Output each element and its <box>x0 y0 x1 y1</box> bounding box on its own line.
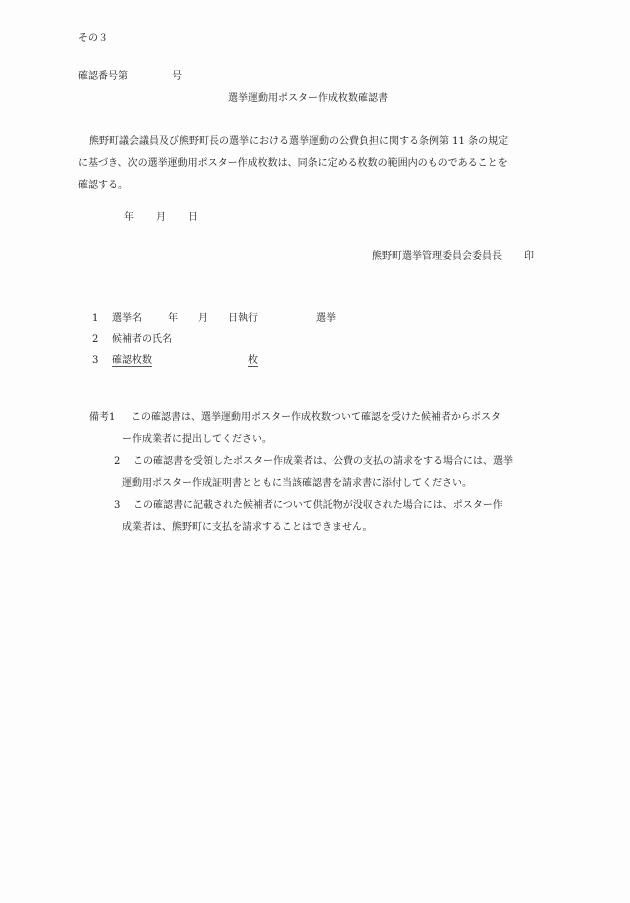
remarks-label: 備考 <box>89 412 109 423</box>
date-month: 月 <box>156 212 166 223</box>
date-day: 日 <box>188 212 198 223</box>
remark-2: 2この確認書を受領したポスター作成業者は、公費の支払の請求をする場合には、選挙 <box>89 457 513 479</box>
confirmation-number-prefix: 確認番号第 <box>78 71 128 82</box>
remark-3-cont: 成業者は、熊野町に支払を請求することはできません。 <box>89 523 513 545</box>
item-election-name: 1選挙名年月日執行選挙 <box>92 314 336 335</box>
body-line: 確認する。 <box>78 175 552 197</box>
body-line: に基づき、次の選挙運動用ポスター作成枚数は、同条に定める枚数の範囲内のものである… <box>78 153 552 175</box>
election-year: 年 <box>168 313 178 324</box>
remark-number: 1 <box>109 413 131 423</box>
remark-number: 3 <box>114 501 124 511</box>
document-title: 選挙運動用ポスター作成枚数確認書 <box>228 94 388 104</box>
remark-1: 備考1この確認書は、選挙運動用ポスター作成枚数ついて確認を受けた候補者からポスタ <box>89 413 513 435</box>
election-month: 月 <box>198 313 208 324</box>
remark-number: 2 <box>114 457 124 467</box>
remark-text: この確認書を受領したポスター作成業者は、公費の支払の請求をする場合には、選挙 <box>133 456 513 467</box>
date-line: 年月日 <box>124 213 198 223</box>
confirmation-number-suffix: 号 <box>172 71 182 82</box>
signer-title: 熊野町選挙管理委員会委員長 <box>372 251 502 262</box>
confirmation-number: 確認番号第号 <box>78 72 182 82</box>
item-label: 選挙名 <box>112 313 142 324</box>
item-label: 候補者の氏名 <box>112 334 172 345</box>
election-day-exec: 日執行 <box>228 313 258 324</box>
date-year: 年 <box>124 212 134 223</box>
confirmed-count-field: 確認枚数枚 <box>112 355 258 366</box>
remark-1-cont: ー作成業者に提出してください。 <box>89 435 513 457</box>
document-page: その３ 確認番号第号 選挙運動用ポスター作成枚数確認書 熊野町議会議員及び熊野町… <box>0 0 630 903</box>
remark-2-cont: 運動用ポスター作成証明書とともに当該確認書を請求書に添付してください。 <box>89 479 513 501</box>
election-type: 選挙 <box>316 313 336 324</box>
seal-mark: 印 <box>524 251 534 262</box>
item-number: 2 <box>92 335 112 345</box>
remarks-section: 備考1この確認書は、選挙運動用ポスター作成枚数ついて確認を受けた候補者からポスタ… <box>89 413 513 545</box>
item-number: 3 <box>92 356 112 366</box>
item-confirmed-count: 3確認枚数枚 <box>92 356 336 377</box>
remark-text: この確認書は、選挙運動用ポスター作成枚数ついて確認を受けた候補者からポスタ <box>131 412 501 423</box>
remark-3: 3この確認書に記載された候補者について供託物が没収された場合には、ポスター作 <box>89 501 513 523</box>
body-line: 熊野町議会議員及び熊野町長の選挙における選挙運動の公費負担に関する条例第 11 … <box>78 131 552 153</box>
body-paragraph: 熊野町議会議員及び熊野町長の選挙における選挙運動の公費負担に関する条例第 11 … <box>78 131 552 197</box>
count-unit: 枚 <box>248 355 258 366</box>
item-label: 確認枚数 <box>112 355 152 366</box>
item-list: 1選挙名年月日執行選挙 2候補者の氏名 3確認枚数枚 <box>92 314 336 377</box>
form-number: その３ <box>78 34 108 44</box>
item-candidate-name: 2候補者の氏名 <box>92 335 336 356</box>
remark-text: この確認書に記載された候補者について供託物が没収された場合には、ポスター作 <box>133 500 503 511</box>
signer-line: 熊野町選挙管理委員会委員長印 <box>372 252 534 262</box>
item-number: 1 <box>92 314 112 324</box>
